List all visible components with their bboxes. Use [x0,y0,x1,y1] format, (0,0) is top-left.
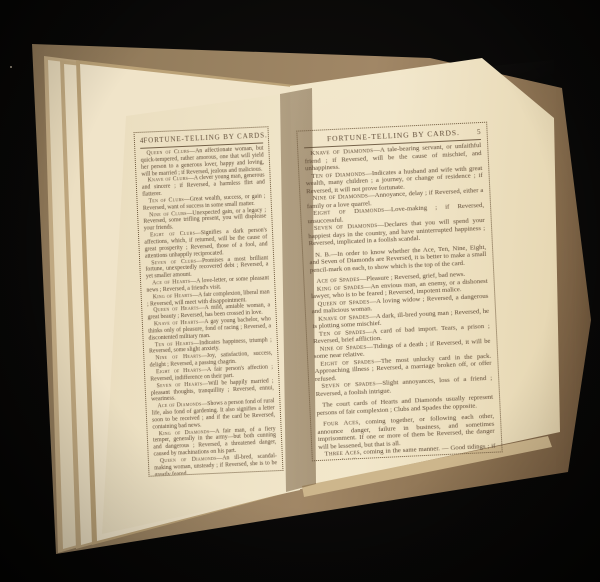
dust-speck [10,66,12,68]
right-page: ♦ ♦ FORTUNE-TELLING BY CARDS. 5 Knave of… [296,122,502,462]
card-entries-list: Knave of Diamonds—A tale-bearing servant… [304,142,485,248]
page-title: FORTUNE-TELLING BY CARDS. [327,128,460,143]
card-entries-list: Queen of Clubs—An affectionate woman, bu… [140,145,277,476]
card-entries-list: Ace of Spades—Pleasure ; Reversed, grief… [310,270,492,398]
nb-note: N. B.—In order to know whether the Ace, … [309,243,487,274]
page-title: FORTUNE-TELLING BY CARDS. [143,131,268,144]
left-page: ♦ ♦ 4 FORTUNE-TELLING BY CARDS. Queen of… [134,126,284,477]
page-number: 5 [477,128,481,136]
